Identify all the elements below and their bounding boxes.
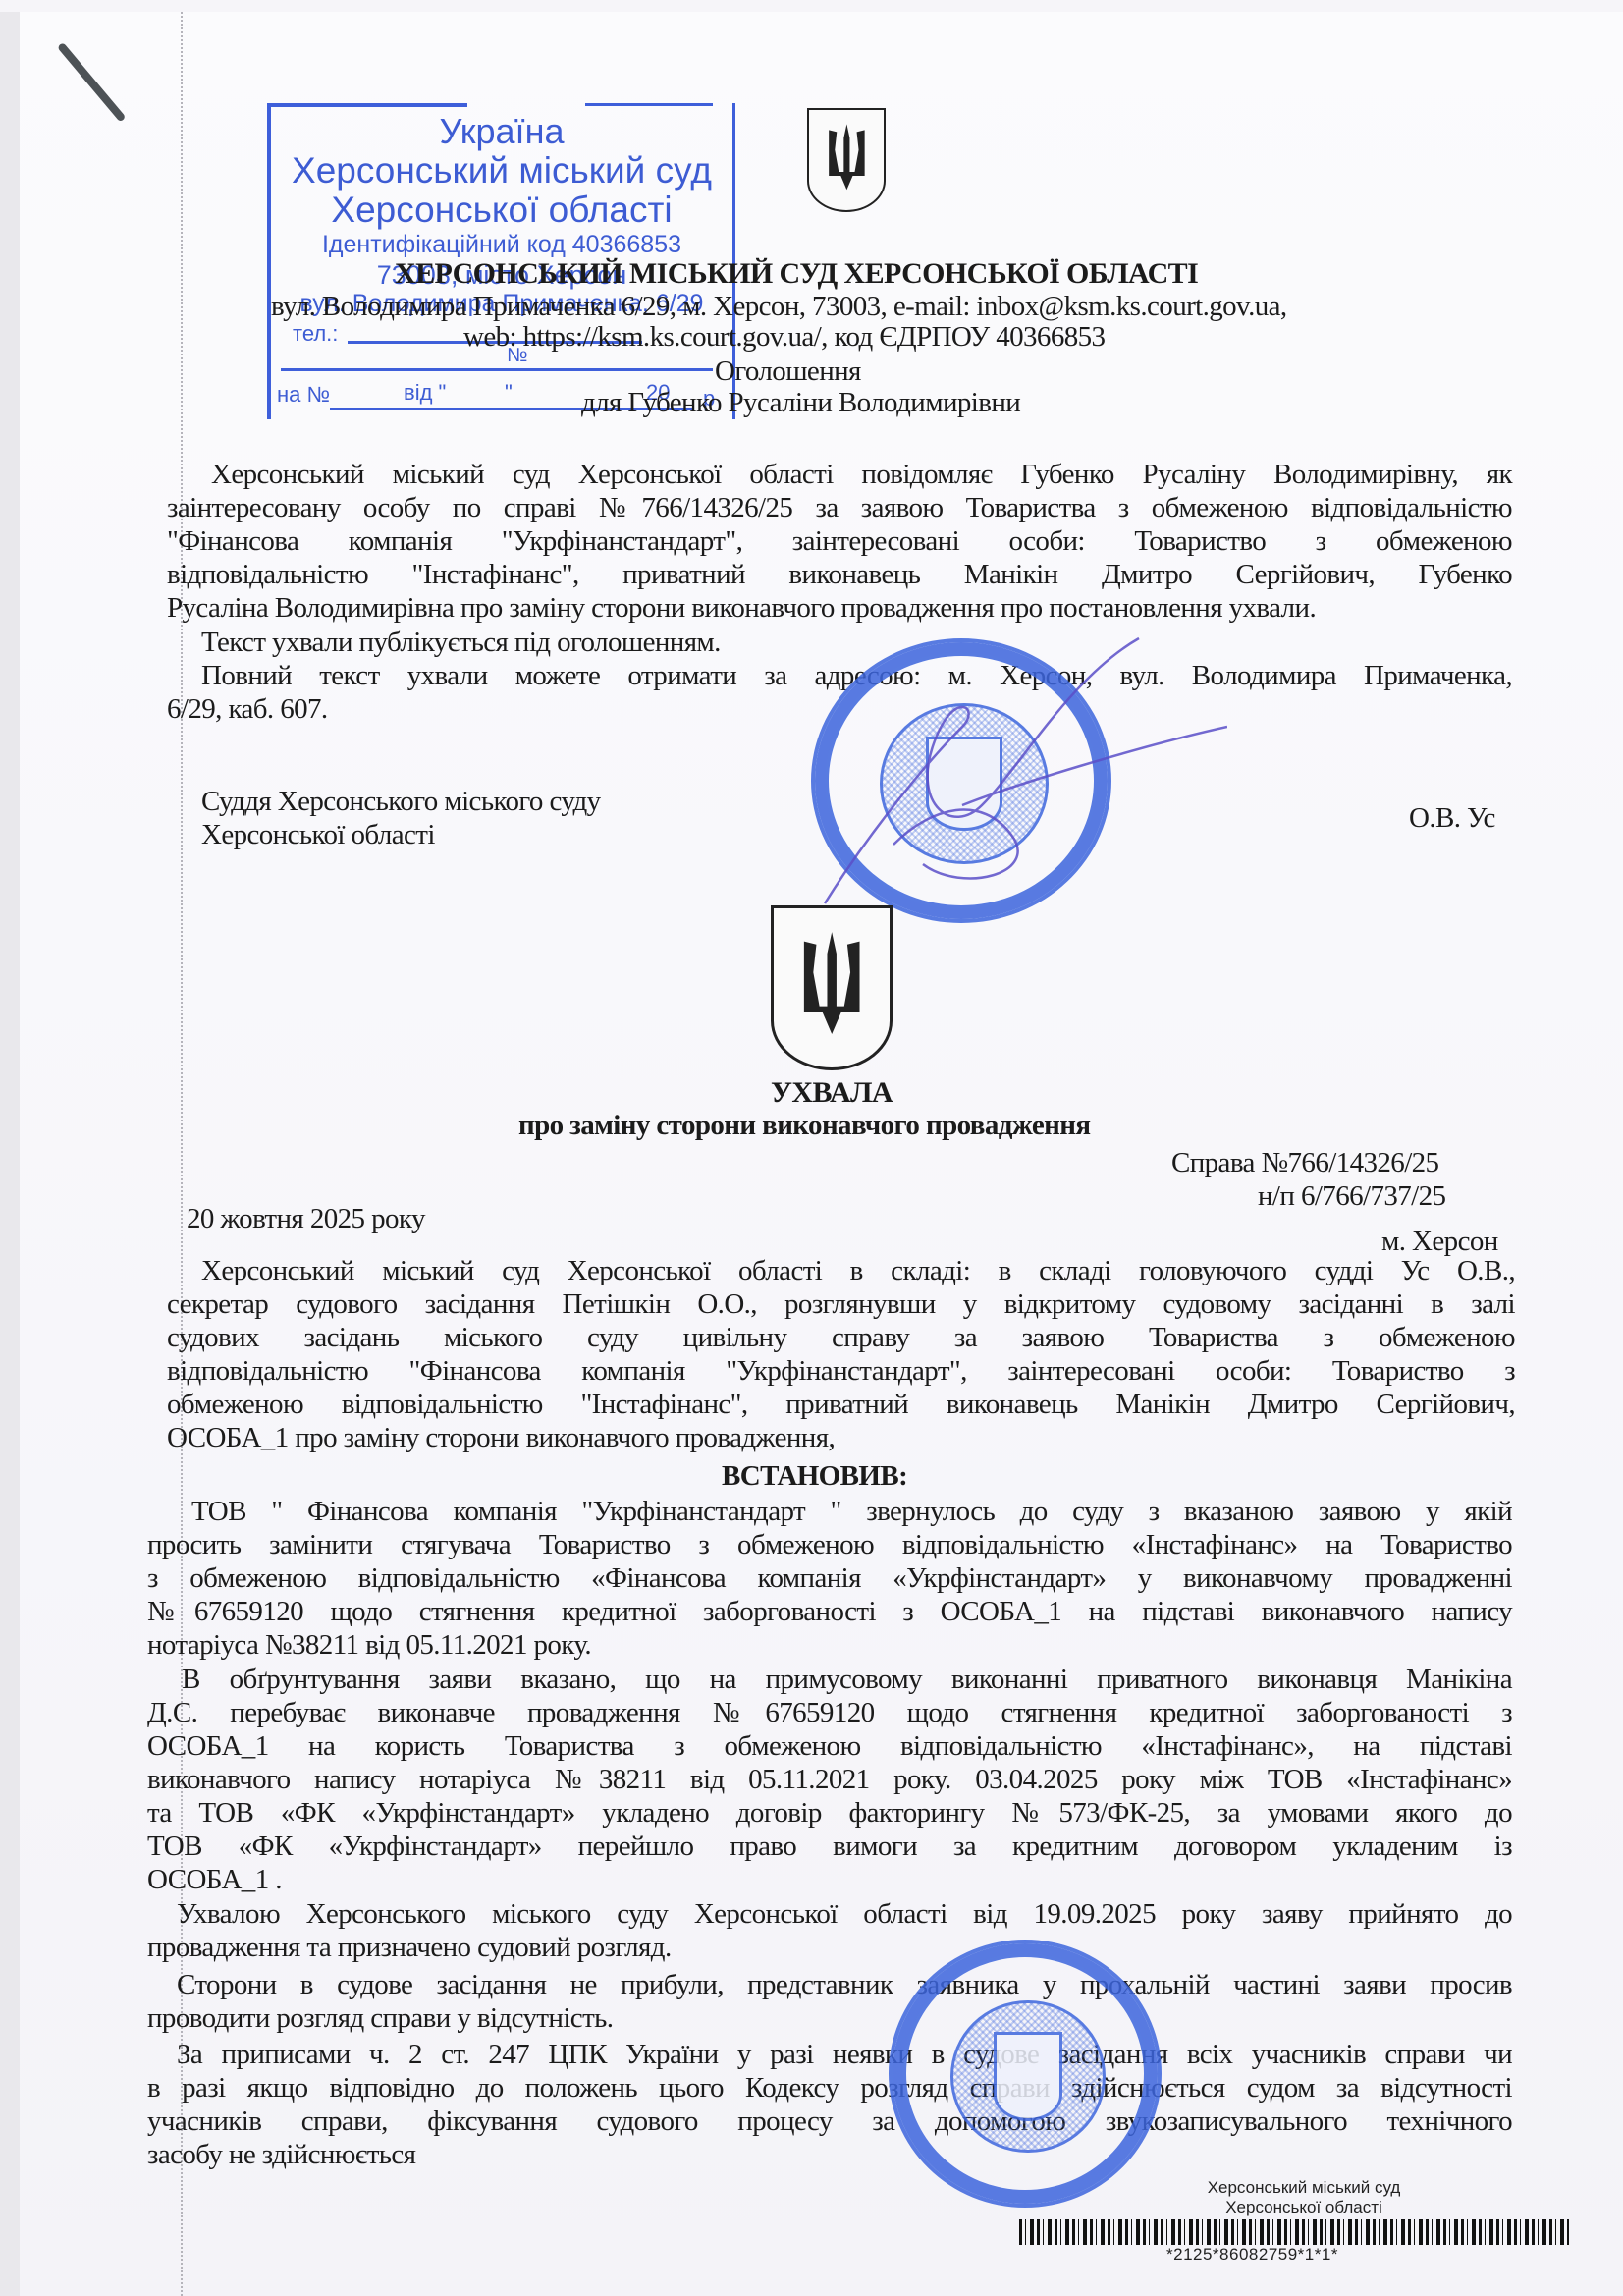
publish-note: Текст ухвали публікується під оголошення… [201, 627, 721, 659]
full-text-address-cont: 6/29, каб. 607. [167, 693, 328, 726]
intro-line: ОСОБА_1 про заміну сторони виконавчого п… [167, 1422, 835, 1454]
court-seal [889, 1940, 1162, 2208]
stamp-country: Україна [271, 111, 732, 152]
judge-signature [815, 609, 1227, 923]
paragraph-line: просить замінити стягувача Товариство з … [147, 1529, 1512, 1561]
barcode-label: Херсонської області [1019, 2198, 1589, 2217]
announcement-line: "Фінансова компанія "Укрфінанстандарт", … [167, 525, 1512, 558]
stamp-region: Херсонської області [271, 190, 732, 231]
notice-recipient: для Губенко Русаліни Володимирівни [581, 387, 1020, 419]
paragraph-line: провадження та призначено судовий розгля… [147, 1932, 672, 1964]
paragraph-line: ТОВ " Фінансова компанія "Укрфінанстанда… [191, 1496, 1512, 1528]
judge-name: О.В. Ус [1409, 802, 1495, 835]
proceeding-number: н/п 6/766/737/25 [1258, 1180, 1445, 1213]
notice-title: Оголошення [715, 355, 861, 388]
stamp-court-name: Херсонський міський суд [271, 150, 732, 191]
paragraph-line: з обмеженою відповідальністю «Фінансова … [147, 1562, 1512, 1595]
decree-subtitle: про заміну сторони виконавчого проваджен… [518, 1110, 1090, 1142]
intro-line: секретар судового засідання Петішкін О.О… [167, 1288, 1515, 1321]
court-address: вул. Володимира Примаченка 6/29, м. Херс… [271, 291, 1287, 323]
intro-line: судових засідань міського суду цивільну … [167, 1322, 1515, 1354]
paragraph-line: №67659120 щодо стягнення кредитної забор… [147, 1596, 1512, 1628]
coat-of-arms-icon [807, 108, 886, 212]
paragraph-line: нотаріуса №38211 від 05.11.2021 року. [147, 1629, 591, 1662]
paragraph-line: та ТОВ «ФК «Укрфінстандарт» укладено дог… [147, 1797, 1512, 1830]
barcode-icon [1019, 2219, 1569, 2245]
intro-line: Херсонський міський суд Херсонської обла… [201, 1255, 1515, 1287]
paragraph-line: ТОВ «ФК «Укрфінстандарт» перейшло право … [147, 1831, 1512, 1863]
stamp-border-top [271, 103, 467, 107]
intro-line: відповідальністю "Фінансова компанія "Ук… [167, 1355, 1515, 1388]
stamp-border-top-right [585, 103, 713, 106]
judge-position: Суддя Херсонського міського суду [201, 786, 601, 818]
court-web: web: https://ksm.ks.court.gov.ua/, код Є… [463, 321, 1105, 354]
announcement-line: відповідальністю "Інстафінанс", приватни… [167, 559, 1512, 591]
case-number: Справа №766/14326/25 [1171, 1147, 1438, 1179]
barcode-block: Херсонський міський суд Херсонської обла… [1019, 2178, 1589, 2267]
trident-icon [817, 120, 877, 200]
coat-of-arms-icon [771, 905, 893, 1070]
paragraph-line: ОСОБА_1 . [147, 1864, 282, 1896]
stamp-id-code: Ідентифікаційний код 40366853 [271, 231, 732, 259]
stamp-no-underline [281, 368, 713, 371]
paragraph-line: проводити розгляд справи у відсутність. [147, 2002, 613, 2035]
paragraph-line: Д.С. перебуває виконавче провадження №67… [147, 1697, 1512, 1729]
paragraph-line: ОСОБА_1 на користь Товариства з обмежено… [147, 1730, 1512, 1763]
announcement-line: Херсонський міський суд Херсонської обла… [211, 459, 1512, 491]
stamp-quote: " [505, 380, 513, 406]
decree-date: 20 жовтня 2025 року [187, 1203, 425, 1235]
established-heading: ВСТАНОВИВ: [722, 1460, 907, 1493]
announcement-line: заінтересовану особу по справі №766/1432… [167, 492, 1512, 524]
paragraph-line: Сторони в судове засідання не прибули, п… [177, 1969, 1512, 2001]
paragraph-line: засобу не здійснюється [147, 2139, 415, 2171]
paragraph-line: В обґрунтування заяви вказано, що на при… [182, 1664, 1512, 1696]
barcode-label: Херсонський міський суд [1019, 2178, 1589, 2198]
paragraph-line: учасників справи, фіксування судового пр… [147, 2105, 1512, 2138]
scan-margin [0, 12, 20, 2296]
stamp-tel-label: тел.: [293, 321, 338, 347]
decree-title: УХВАЛА [771, 1076, 893, 1109]
paragraph-line: виконавчого напису нотаріуса №38211 від … [147, 1764, 1512, 1796]
intro-line: обмеженою відповідальністю "Інстафінанс"… [167, 1389, 1515, 1421]
barcode-number: *2125*86082759*1*1* [1166, 2245, 1338, 2265]
paragraph-line: в разі якщо відповідно до положень цього… [147, 2072, 1512, 2105]
paragraph-line: За приписами ч. 2 ст. 247 ЦПК України у … [177, 2039, 1512, 2071]
stamp-on-no-label: на № [277, 382, 330, 408]
court-title: ХЕРСОНСЬКИЙ МІСЬКИЙ СУД ХЕРСОНСЬКОЇ ОБЛА… [395, 257, 1198, 290]
stamp-from-label: від " [404, 380, 446, 406]
paragraph-line: Ухвалою Херсонського міського суду Херсо… [177, 1898, 1512, 1931]
seal-coat-of-arms-icon [994, 2032, 1063, 2121]
judge-region: Херсонської області [201, 819, 435, 851]
trident-icon [785, 924, 878, 1052]
decree-city: м. Херсон [1381, 1226, 1498, 1258]
